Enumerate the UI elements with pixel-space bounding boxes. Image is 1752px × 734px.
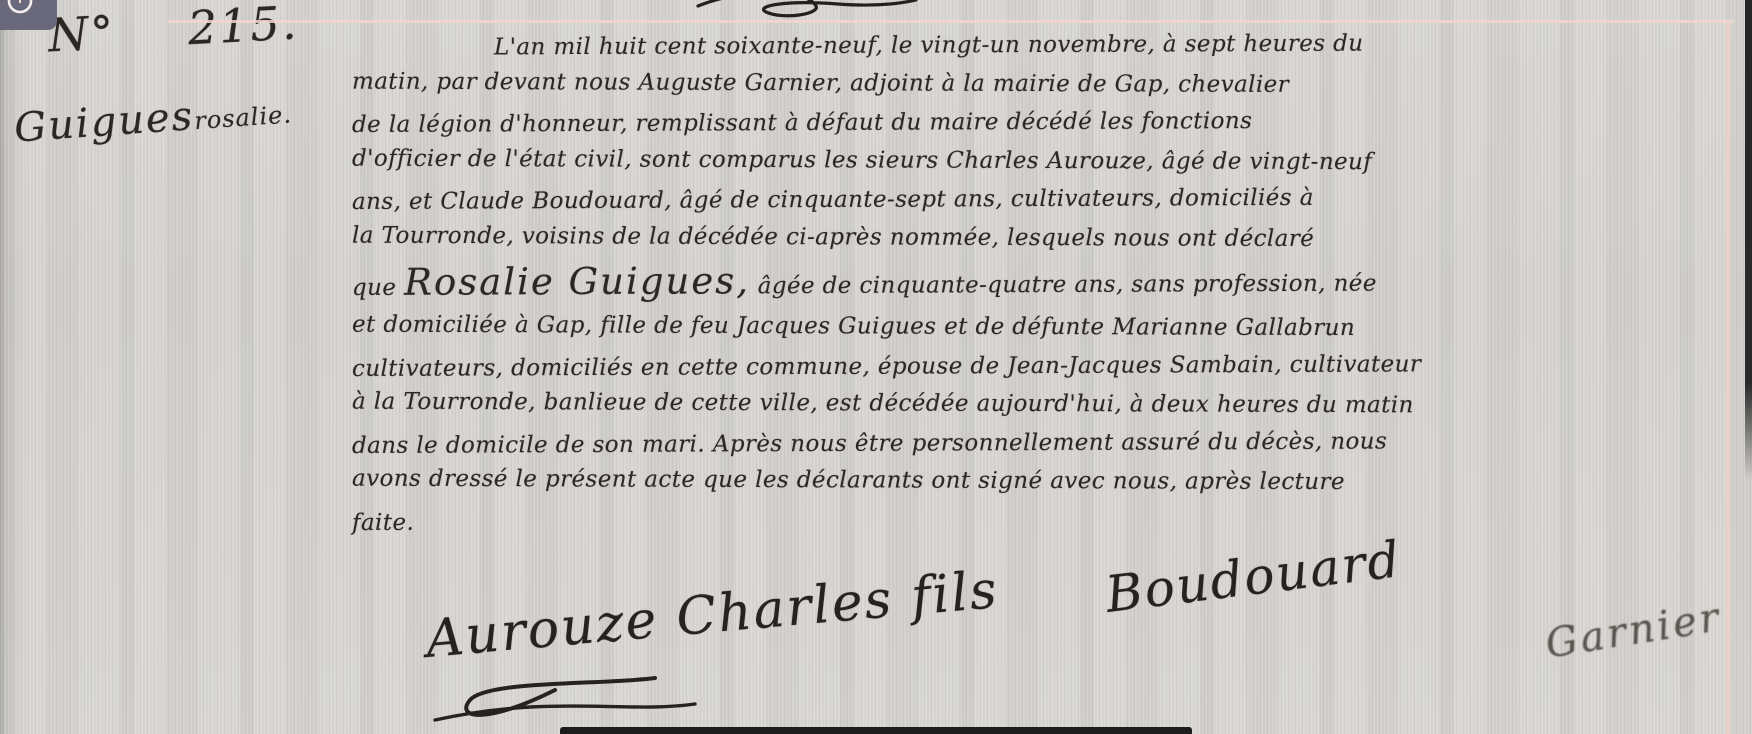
record-line: de la légion d'honneur, remplissant à dé… — [352, 100, 1724, 144]
record-line: avons dressé le présent acte que les déc… — [352, 460, 1724, 503]
record-line: la Tourronde, voisins de la décédée ci-a… — [352, 216, 1724, 259]
signature-flourish-underline — [395, 630, 1055, 734]
line7-rest: âgée de cinquante-quatre ans, sans profe… — [750, 271, 1377, 300]
record-given-name: rosalie. — [193, 100, 292, 135]
scan-artifact-vertical-line — [1726, 20, 1730, 734]
record-line: d'officier de l'état civil, sont comparu… — [352, 139, 1724, 182]
next-page-dark-bar — [560, 727, 1192, 734]
record-line: matin, par devant nous Auguste Garnier, … — [352, 62, 1724, 105]
record-line: L'an mil huit cent soixante-neuf, le vin… — [352, 23, 1724, 67]
record-line: et domiciliée à Gap, fille de feu Jacque… — [352, 306, 1724, 349]
record-line: ans, et Claude Boudouard, âgé de cinquan… — [352, 177, 1724, 221]
record-line: faite. — [352, 498, 1724, 542]
death-record-text: L'an mil huit cent soixante-neuf, le vin… — [352, 26, 1724, 539]
record-number-label: N° — [47, 5, 117, 62]
record-line: dans le domicile de son mari. Après nous… — [352, 421, 1724, 465]
record-line-deceased-name: que Rosalie Guigues, âgée de cinquante-q… — [352, 254, 1724, 311]
viewer-corner-button[interactable] — [0, 0, 57, 30]
record-number-value: 215. — [186, 0, 299, 55]
scan-edge-shadow — [1745, 0, 1752, 480]
deceased-name: Rosalie Guigues, — [404, 259, 750, 304]
record-line: à la Tourronde, banlieue de cette ville,… — [352, 383, 1724, 426]
scan-artifact-horizontal-line — [168, 20, 1734, 23]
line7-prefix: que — [352, 275, 404, 301]
record-line: cultivateurs, domiciliés en cette commun… — [352, 344, 1724, 388]
